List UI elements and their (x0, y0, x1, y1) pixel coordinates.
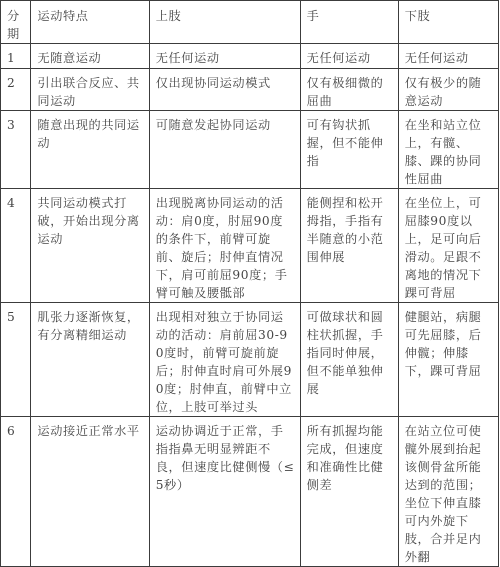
cell-stage: 1 (1, 44, 31, 69)
cell-upper-limb: 出现相对独立于协同运动的活动：肩前屈30-90度时，前臂可旋前旋后；肘伸直时肩可… (149, 303, 300, 417)
cell-stage: 6 (1, 417, 31, 497)
cell-lower-limb: 在站立位可使髋外展到抬起该侧骨盆所能达到的范围；坐位下伸直膝可内外旋下肢，合并足… (398, 417, 498, 497)
cell-upper-limb: 出现脱离协同运动的活动：肩0度，肘屈90度的条件下，前臂可旋前、旋后；肘伸直情况… (149, 189, 300, 303)
cell-hand: 可做球状和圆柱状抓握，手指同时伸展，但不能单独伸展 (300, 303, 398, 417)
cell-hand: 能侧捏和松开拇指，手指有半随意的小范围伸展 (300, 189, 398, 303)
brunnstrom-stage-table: 分期 运动特点 上肢 手 下肢 1 无随意运动 无任何运动 无任何运动 无任何运… (0, 0, 499, 496)
header-feature: 运动特点 (31, 1, 149, 44)
cell-feature: 肌张力逐渐恢复，有分离精细运动 (31, 303, 149, 417)
cell-upper-limb: 仅出现协同运动模式 (149, 69, 300, 111)
cell-feature: 随意出现的共同运动 (31, 111, 149, 189)
cell-hand: 所有抓握均能完成，但速度和准确性比健侧差 (300, 417, 398, 497)
cell-hand: 可有钩状抓握，但不能伸指 (300, 111, 398, 189)
cell-lower-limb: 在坐和站立位上，有髋、膝、踝的协同性屈曲 (398, 111, 498, 189)
table-row: 5 肌张力逐渐恢复，有分离精细运动 出现相对独立于协同运动的活动：肩前屈30-9… (1, 303, 499, 417)
table-row: 1 无随意运动 无任何运动 无任何运动 无任何运动 (1, 44, 499, 69)
cell-upper-limb: 可随意发起协同运动 (149, 111, 300, 189)
cell-feature: 无随意运动 (31, 44, 149, 69)
header-hand: 手 (300, 1, 398, 44)
table-row: 4 共同运动模式打破，开始出现分离运动 出现脱离协同运动的活动：肩0度，肘屈90… (1, 189, 499, 303)
cell-lower-limb: 在坐位上，可屈膝90度以上，足可向后滑动。足跟不离地的情况下踝可背屈 (398, 189, 498, 303)
brunnstrom-stage-table-container: 分期 运动特点 上肢 手 下肢 1 无随意运动 无任何运动 无任何运动 无任何运… (0, 0, 499, 495)
cell-stage: 5 (1, 303, 31, 417)
cell-stage: 2 (1, 69, 31, 111)
table-row: 3 随意出现的共同运动 可随意发起协同运动 可有钩状抓握，但不能伸指 在坐和站立… (1, 111, 499, 189)
cell-feature: 引出联合反应、共同运动 (31, 69, 149, 111)
cell-feature: 共同运动模式打破，开始出现分离运动 (31, 189, 149, 303)
cell-stage: 3 (1, 111, 31, 189)
header-stage: 分期 (1, 1, 31, 44)
header-lower-limb: 下肢 (398, 1, 498, 44)
cell-lower-limb: 无任何运动 (398, 44, 498, 69)
cell-upper-limb: 运动协调近于正常，手指指鼻无明显辨距不良，但速度比健侧慢（≤5秒） (149, 417, 300, 497)
cell-lower-limb: 健腿站，病腿可先屈膝，后伸髋；伸膝下，踝可背屈 (398, 303, 498, 417)
cell-stage: 4 (1, 189, 31, 303)
cell-upper-limb: 无任何运动 (149, 44, 300, 69)
cell-hand: 无任何运动 (300, 44, 398, 69)
cell-feature: 运动接近正常水平 (31, 417, 149, 497)
header-upper-limb: 上肢 (149, 1, 300, 44)
table-row: 6 运动接近正常水平 运动协调近于正常，手指指鼻无明显辨距不良，但速度比健侧慢（… (1, 417, 499, 497)
table-row: 2 引出联合反应、共同运动 仅出现协同运动模式 仅有极细微的屈曲 仅有极少的随意… (1, 69, 499, 111)
cell-lower-limb: 仅有极少的随意运动 (398, 69, 498, 111)
table-header-row: 分期 运动特点 上肢 手 下肢 (1, 1, 499, 44)
cell-hand: 仅有极细微的屈曲 (300, 69, 398, 111)
